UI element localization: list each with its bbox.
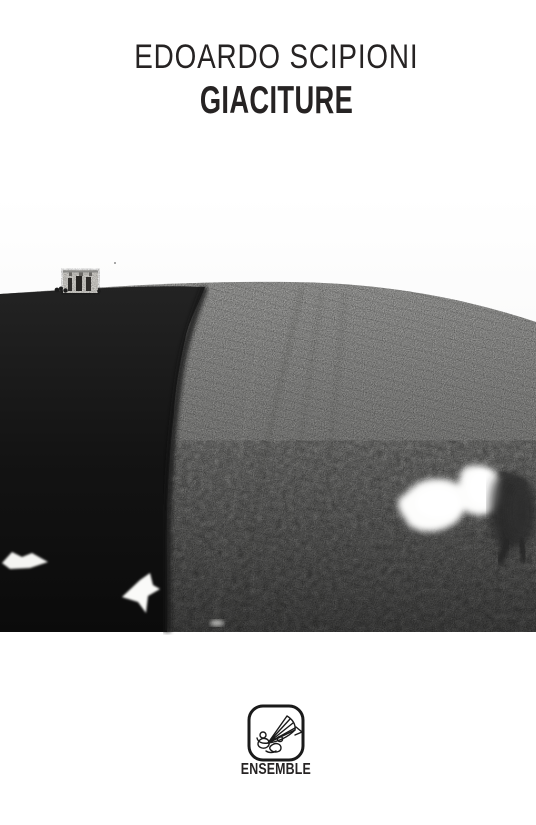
publisher-name-text: ENSEMBLE xyxy=(241,762,311,778)
author-name: EDOARDO SCIPIONI xyxy=(0,40,536,74)
book-title-text: GIACITURE xyxy=(199,82,352,120)
ensemble-logo-icon xyxy=(246,703,306,763)
publisher-name: ENSEMBLE xyxy=(0,762,536,778)
book-title: GIACITURE xyxy=(0,82,536,120)
landscape-photo-graphic xyxy=(0,195,536,635)
author-name-text: EDOARDO SCIPIONI xyxy=(134,40,418,74)
cover-photo xyxy=(0,195,536,635)
publisher-logo xyxy=(246,703,306,763)
bird-speck xyxy=(114,262,116,264)
